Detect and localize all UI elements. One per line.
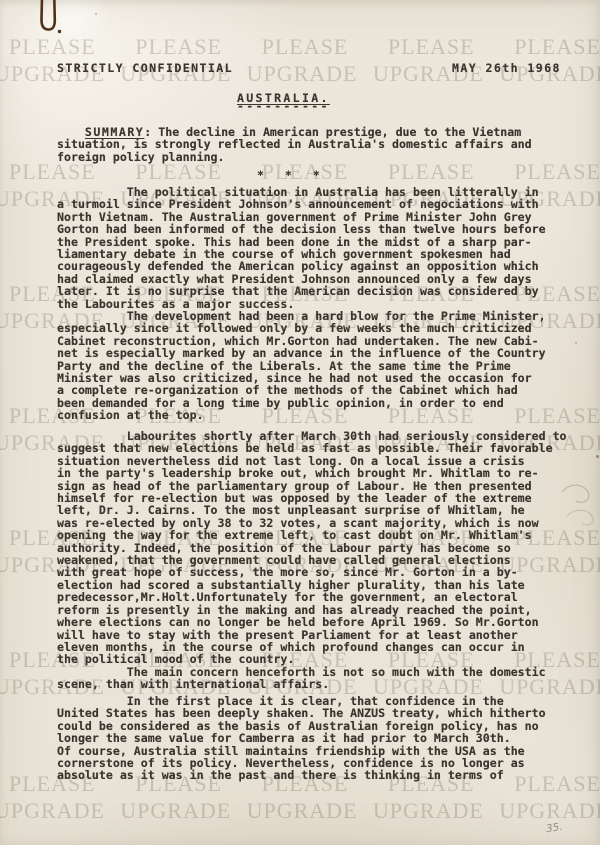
watermark-word-upgrade: UPGRADE xyxy=(373,800,484,822)
watermark-word-upgrade: UPGRADE xyxy=(0,800,105,822)
paragraph-2: The development had been a hard blow for… xyxy=(57,310,546,422)
summary-paragraph: SUMMARY: The decline in American prestig… xyxy=(57,126,532,163)
watermark-word-please: PLEASE xyxy=(262,36,349,58)
watermark-word-please: PLEASE xyxy=(388,36,475,58)
watermark-word-please: PLEASE xyxy=(135,36,222,58)
paragraph-4: The main concern henceforth is not so mu… xyxy=(57,666,546,691)
paper-speck xyxy=(575,342,577,344)
paragraph-5: In the first place it is clear, that con… xyxy=(57,695,546,782)
watermark-word-please: PLEASE xyxy=(514,36,600,58)
watermark-word-upgrade: UPGRADE xyxy=(247,63,358,85)
watermark-word-upgrade: UPGRADE xyxy=(499,800,600,822)
date-label: MAY 26th 1968 xyxy=(452,62,561,74)
summary-continuation: situation, is strongly reflected in Aust… xyxy=(57,137,532,163)
watermark-word-upgrade: UPGRADE xyxy=(247,800,358,822)
watermark-word-please: PLEASE xyxy=(388,161,475,183)
watermark-word-please: PLEASE xyxy=(514,161,600,183)
paper-speck xyxy=(95,13,97,15)
watermark-word-please: PLEASE xyxy=(135,161,222,183)
pencil-scribble xyxy=(554,474,600,536)
classification-label: STRICTLY CONFIDENTIAL xyxy=(57,62,233,74)
document-page: PLEASEUPGRADEPLEASEUPGRADEPLEASEUPGRADEP… xyxy=(0,0,600,845)
paragraph-1: The political situation in Australia has… xyxy=(57,186,546,310)
title-underline-dashes: ---------- xyxy=(237,100,330,112)
watermark-word-please: PLEASE xyxy=(9,161,96,183)
paragraph-3: Labourites shortly after March 30th had … xyxy=(57,430,567,666)
section-separator: * * * xyxy=(257,169,320,181)
handwritten-u-mark xyxy=(36,0,70,42)
paper-speck xyxy=(596,455,599,458)
watermark-word-upgrade: UPGRADE xyxy=(120,800,231,822)
